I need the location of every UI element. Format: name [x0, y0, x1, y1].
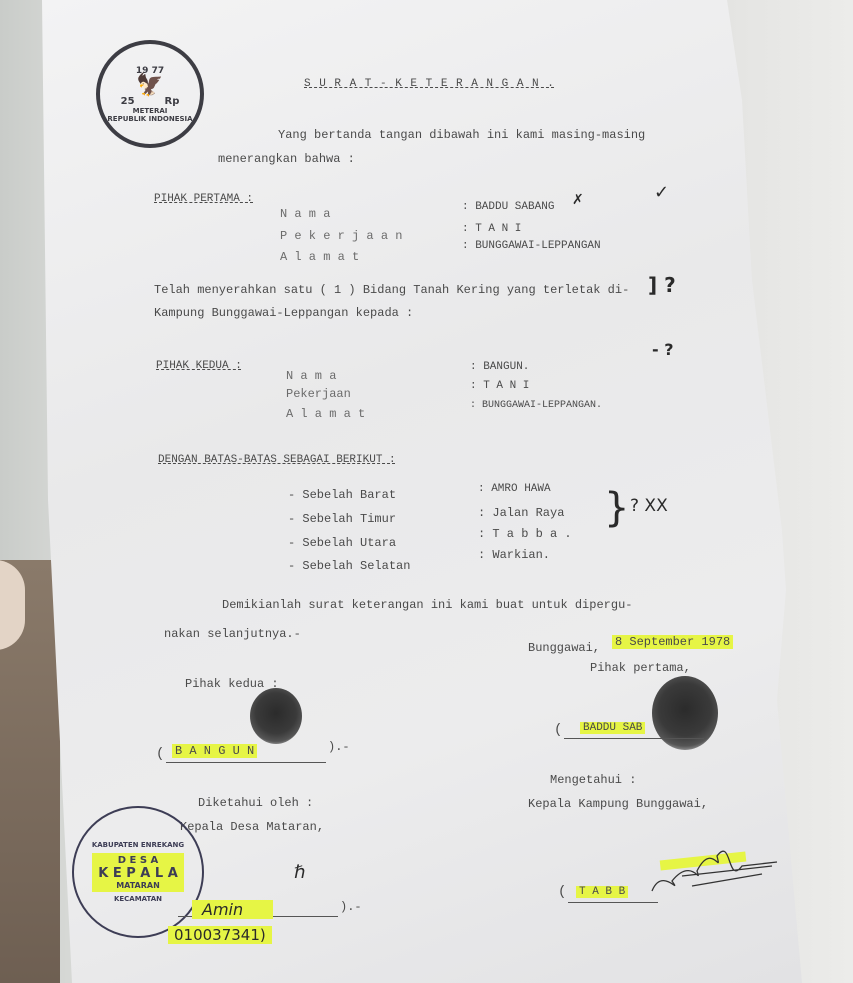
garuda-emblem-icon: 🦅 — [136, 76, 163, 96]
pihak-kedua-heading: PIHAK KEDUA : — [156, 360, 242, 372]
pihak-kedua-name: B A N G U N — [172, 744, 257, 758]
x-mark-icon: ✗ — [572, 192, 584, 208]
field-label: A l a m a t — [280, 250, 359, 264]
pihak-pertama-sign-label: Pihak pertama, — [590, 661, 691, 675]
sign-suffix: ).- — [328, 740, 350, 754]
stamp-mataran-text: MATARAN — [98, 881, 178, 890]
signature-line — [564, 738, 704, 739]
desa-head-signature: Amin — [192, 900, 273, 919]
field-label: N a m a — [280, 207, 330, 221]
stamp-value: 25 — [121, 96, 135, 107]
field-value: : BADDU SABANG — [462, 201, 554, 213]
batas-heading: DENGAN BATAS-BATAS SEBAGAI BERIKUT : — [158, 454, 396, 466]
desa-head-id: 010037341) — [168, 926, 272, 944]
bracket-question-annotation: ] ? — [648, 273, 676, 297]
diketahui-label: Diketahui oleh : — [198, 796, 313, 810]
closing-line-1: Demikianlah surat keterangan ini kami bu… — [222, 598, 632, 612]
stamp-country: REPUBLIK INDONESIA — [107, 115, 192, 123]
question-xx-annotation: ? XX — [630, 496, 668, 516]
pihak-kedua-sign-label: Pihak kedua : — [185, 677, 279, 691]
field-label: Pekerjaan — [286, 387, 351, 401]
intro-line-1: Yang bertanda tangan dibawah ini kami ma… — [278, 128, 645, 142]
batas-label: - Sebelah Selatan — [288, 559, 410, 573]
document-title: S U R A T - K E T E R A N G A N . — [304, 78, 555, 90]
field-value: : BANGUN. — [470, 361, 529, 373]
field-value: : T A N I — [462, 223, 521, 235]
field-value: : BUNGGAWAI-LEPPANGAN — [462, 240, 601, 252]
kampung-head-signature — [642, 836, 782, 906]
field-label: P e k e r j a a n — [280, 229, 402, 243]
place: Bunggawai, — [528, 641, 600, 655]
sign-suffix: ).- — [340, 900, 362, 914]
stamp-label: METERAI — [133, 107, 168, 115]
signature-line — [166, 762, 326, 763]
brace-annotation: } — [604, 478, 629, 538]
document-page: 19 77 🦅 25 Rp METERAI REPUBLIK INDONESIA… — [42, 0, 802, 983]
kepala-kampung-label: Kepala Kampung Bunggawai, — [528, 797, 708, 811]
transfer-line-1: Telah menyerahkan satu ( 1 ) Bidang Tana… — [154, 283, 629, 297]
batas-label: - Sebelah Timur — [288, 512, 396, 526]
batas-label: - Sebelah Barat — [288, 488, 396, 502]
open-paren: ( — [558, 884, 566, 900]
batas-label: - Sebelah Utara — [288, 536, 396, 550]
batas-value: : AMRO HAWA — [478, 483, 551, 495]
village-official-stamp: KABUPATEN ENREKANG D E S A K E P A L A M… — [72, 806, 204, 938]
open-paren: ( — [156, 746, 164, 762]
batas-value: : T a b b a . — [478, 527, 572, 541]
field-label: N a m a — [286, 369, 336, 383]
stamp-currency: Rp — [165, 96, 180, 107]
intro-line-2: menerangkan bahwa : — [218, 152, 355, 166]
pihak-pertama-name: BADDU SAB — [580, 722, 645, 734]
stamp-desa-text: D E S A — [98, 855, 178, 866]
mengetahui-label: Mengetahui : — [550, 773, 636, 787]
open-paren: ( — [554, 722, 562, 738]
transfer-line-2: Kampung Bunggawai-Leppangan kepada : — [154, 306, 413, 320]
kampung-head-name: T A B B — [576, 886, 628, 898]
check-mark-icon: ✓ — [654, 182, 669, 203]
field-value: : T A N I — [470, 380, 529, 392]
stamp-kepala-text: K E P A L A — [98, 866, 178, 881]
batas-value: : Warkian. — [478, 548, 550, 562]
stamp-outer-text: KABUPATEN ENREKANG — [92, 841, 184, 849]
closing-line-2: nakan selanjutnya.- — [164, 627, 301, 641]
stamp-bottom-text: KECAMATAN — [114, 895, 162, 903]
revenue-stamp: 19 77 🦅 25 Rp METERAI REPUBLIK INDONESIA — [96, 40, 204, 148]
dash-question-annotation: - ? — [652, 340, 674, 359]
field-label: A l a m a t — [286, 407, 365, 421]
batas-value: : Jalan Raya — [478, 506, 564, 520]
date-highlighted: 8 September 1978 — [612, 635, 733, 649]
kepala-desa-label: Kepala Desa Mataran, — [180, 820, 324, 834]
pihak-pertama-heading: PIHAK PERTAMA : — [154, 193, 253, 205]
field-value: : BUNGGAWAI-LEPPANGAN. — [470, 400, 602, 411]
thumbprint-pihak-kedua — [250, 688, 302, 744]
handwritten-initial: ℏ — [294, 862, 305, 883]
